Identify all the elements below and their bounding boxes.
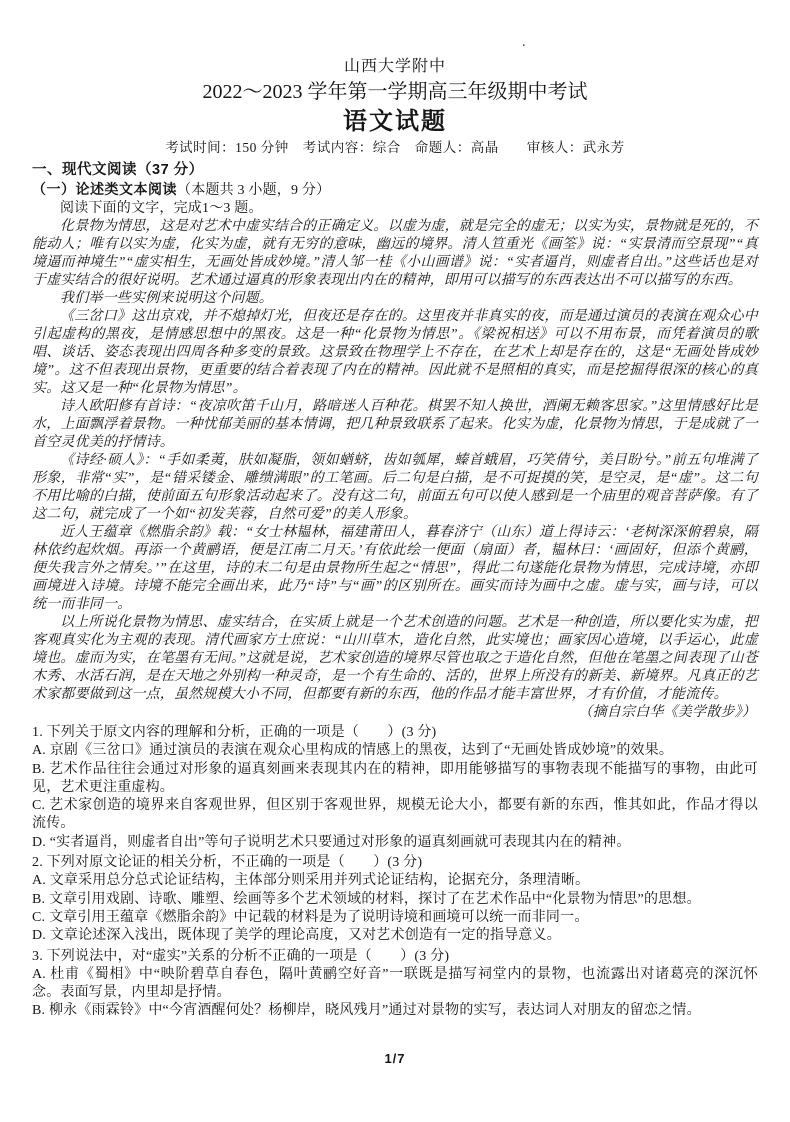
paper-body: 一、现代文阅读（37 分） （一）论述类文本阅读（本题共 3 小题，9 分） 阅… bbox=[32, 161, 758, 1021]
school-name: 山西大学附中 bbox=[32, 56, 758, 77]
question-1-option-d: D. “实者逼肖，则虚者自出”等句子说明艺术只要通过对形象的逼真刻画就可表现其内… bbox=[32, 834, 758, 852]
question-3-stem: 3. 下列说法中，对“虚实”关系的分析不正确的一项是（ ）(3 分) bbox=[32, 948, 758, 966]
question-3-option-a: A. 杜甫《蜀相》中“映阶碧草自春色，隔叶黄鹂空好音”一联既是描写祠堂内的景物，… bbox=[32, 966, 758, 1003]
question-1-option-c: C. 艺术家创造的境界来自客观世界，但区别于客观世界，规模无论大小，都要有新的东… bbox=[32, 797, 758, 834]
exam-session-title: 2022～2023 学年第一学期高三年级期中考试 bbox=[32, 79, 758, 105]
passage-paragraph-1: 化景物为情思，这是对艺术中虚实结合的正确定义。以虚为虚，就是完全的虚无；以实为实… bbox=[32, 218, 758, 290]
passage-attribution: （摘自宗白华《美学散步》） bbox=[32, 704, 758, 722]
subsection-title: （一）论述类文本阅读 bbox=[32, 181, 177, 197]
question-2-option-a: A. 文章采用总分总式论证结构，主体部分则采用并列式论证结构，论据充分，条理清晰… bbox=[32, 872, 758, 890]
passage-paragraph-2: 我们举一些实例来说明这个问题。 bbox=[32, 290, 758, 308]
passage-paragraph-7: 以上所说化景物为情思、虚实结合，在实质上就是一个艺术创造的问题。艺术是一种创造，… bbox=[32, 614, 758, 704]
question-1-option-a: A. 京剧《三岔口》通过演员的表演在观众心里构成的情感上的黑夜，达到了“无画处皆… bbox=[32, 742, 758, 760]
reading-instruction: 阅读下面的文字，完成1～3 题。 bbox=[32, 200, 758, 218]
question-3: 3. 下列说法中，对“虚实”关系的分析不正确的一项是（ ）(3 分) A. 杜甫… bbox=[32, 948, 758, 1021]
exam-paper-page: . 山西大学附中 2022～2023 学年第一学期高三年级期中考试 语文试题 考… bbox=[0, 0, 790, 1122]
section-heading: 一、现代文阅读（37 分） bbox=[32, 161, 758, 180]
question-1: 1. 下列关于原文内容的理解和分析，正确的一项是（ ）(3 分) A. 京剧《三… bbox=[32, 724, 758, 852]
paper-header: 山西大学附中 2022～2023 学年第一学期高三年级期中考试 语文试题 考试时… bbox=[32, 56, 758, 157]
question-2-option-d: D. 文章论述深入浅出，既体现了美学的理论高度，又对艺术创造有一定的指导意义。 bbox=[32, 927, 758, 945]
question-3-option-b: B. 柳永《雨霖铃》中“今宵酒醒何处？杨柳岸，晓风残月”通过对景物的实写，表达词… bbox=[32, 1002, 758, 1020]
passage-paragraph-6: 近人王蕴章《燃脂余韵》载：“女士林韫林，福建莆田人，暮春济宁（山东）道上得诗云：… bbox=[32, 524, 758, 614]
question-2-stem: 2. 下列对原文论证的相关分析，不正确的一项是（ ）(3 分) bbox=[32, 854, 758, 872]
question-1-stem: 1. 下列关于原文内容的理解和分析，正确的一项是（ ）(3 分) bbox=[32, 724, 758, 742]
page-number: 1/7 bbox=[0, 1051, 790, 1066]
stray-dot: . bbox=[522, 36, 526, 50]
question-2-option-b: B. 文章引用戏剧、诗歌、雕塑、绘画等多个艺术领域的材料，探讨了在艺术作品中“化… bbox=[32, 891, 758, 909]
passage-paragraph-4: 诗人欧阳修有首诗：“夜凉吹笛千山月，路暗迷人百种花。棋罢不知人换世，酒阑无赖客思… bbox=[32, 398, 758, 452]
exam-info-line: 考试时间：150 分钟 考试内容：综合 命题人：高晶 审核人：武永芳 bbox=[32, 139, 758, 157]
subsection-heading: （一）论述类文本阅读（本题共 3 小题，9 分） bbox=[32, 180, 758, 200]
section-heading-note: （37 分） bbox=[137, 162, 204, 178]
passage-paragraph-3: 《三岔口》这出京戏，并不熄掉灯光，但夜还是存在的。这里夜并非真实的夜，而是通过演… bbox=[32, 308, 758, 398]
paper-title: 语文试题 bbox=[32, 107, 758, 136]
question-1-option-b: B. 艺术作品往往会通过对形象的逼真刻画来表现其内在的精神，即用能够描写的事物表… bbox=[32, 761, 758, 798]
passage-paragraph-5: 《诗经·硕人》：“手如柔荑，肤如凝脂，领如蝤蛴，齿如瓠犀，螓首蛾眉，巧笑倩兮，美… bbox=[32, 452, 758, 524]
section-heading-title: 一、现代文阅读 bbox=[32, 162, 137, 178]
question-2: 2. 下列对原文论证的相关分析，不正确的一项是（ ）(3 分) A. 文章采用总… bbox=[32, 854, 758, 945]
question-2-option-c: C. 文章引用王蕴章《燃脂余韵》中记载的材料是为了说明诗境和画境可以统一而非同一… bbox=[32, 909, 758, 927]
subsection-note: （本题共 3 小题，9 分） bbox=[177, 183, 330, 198]
